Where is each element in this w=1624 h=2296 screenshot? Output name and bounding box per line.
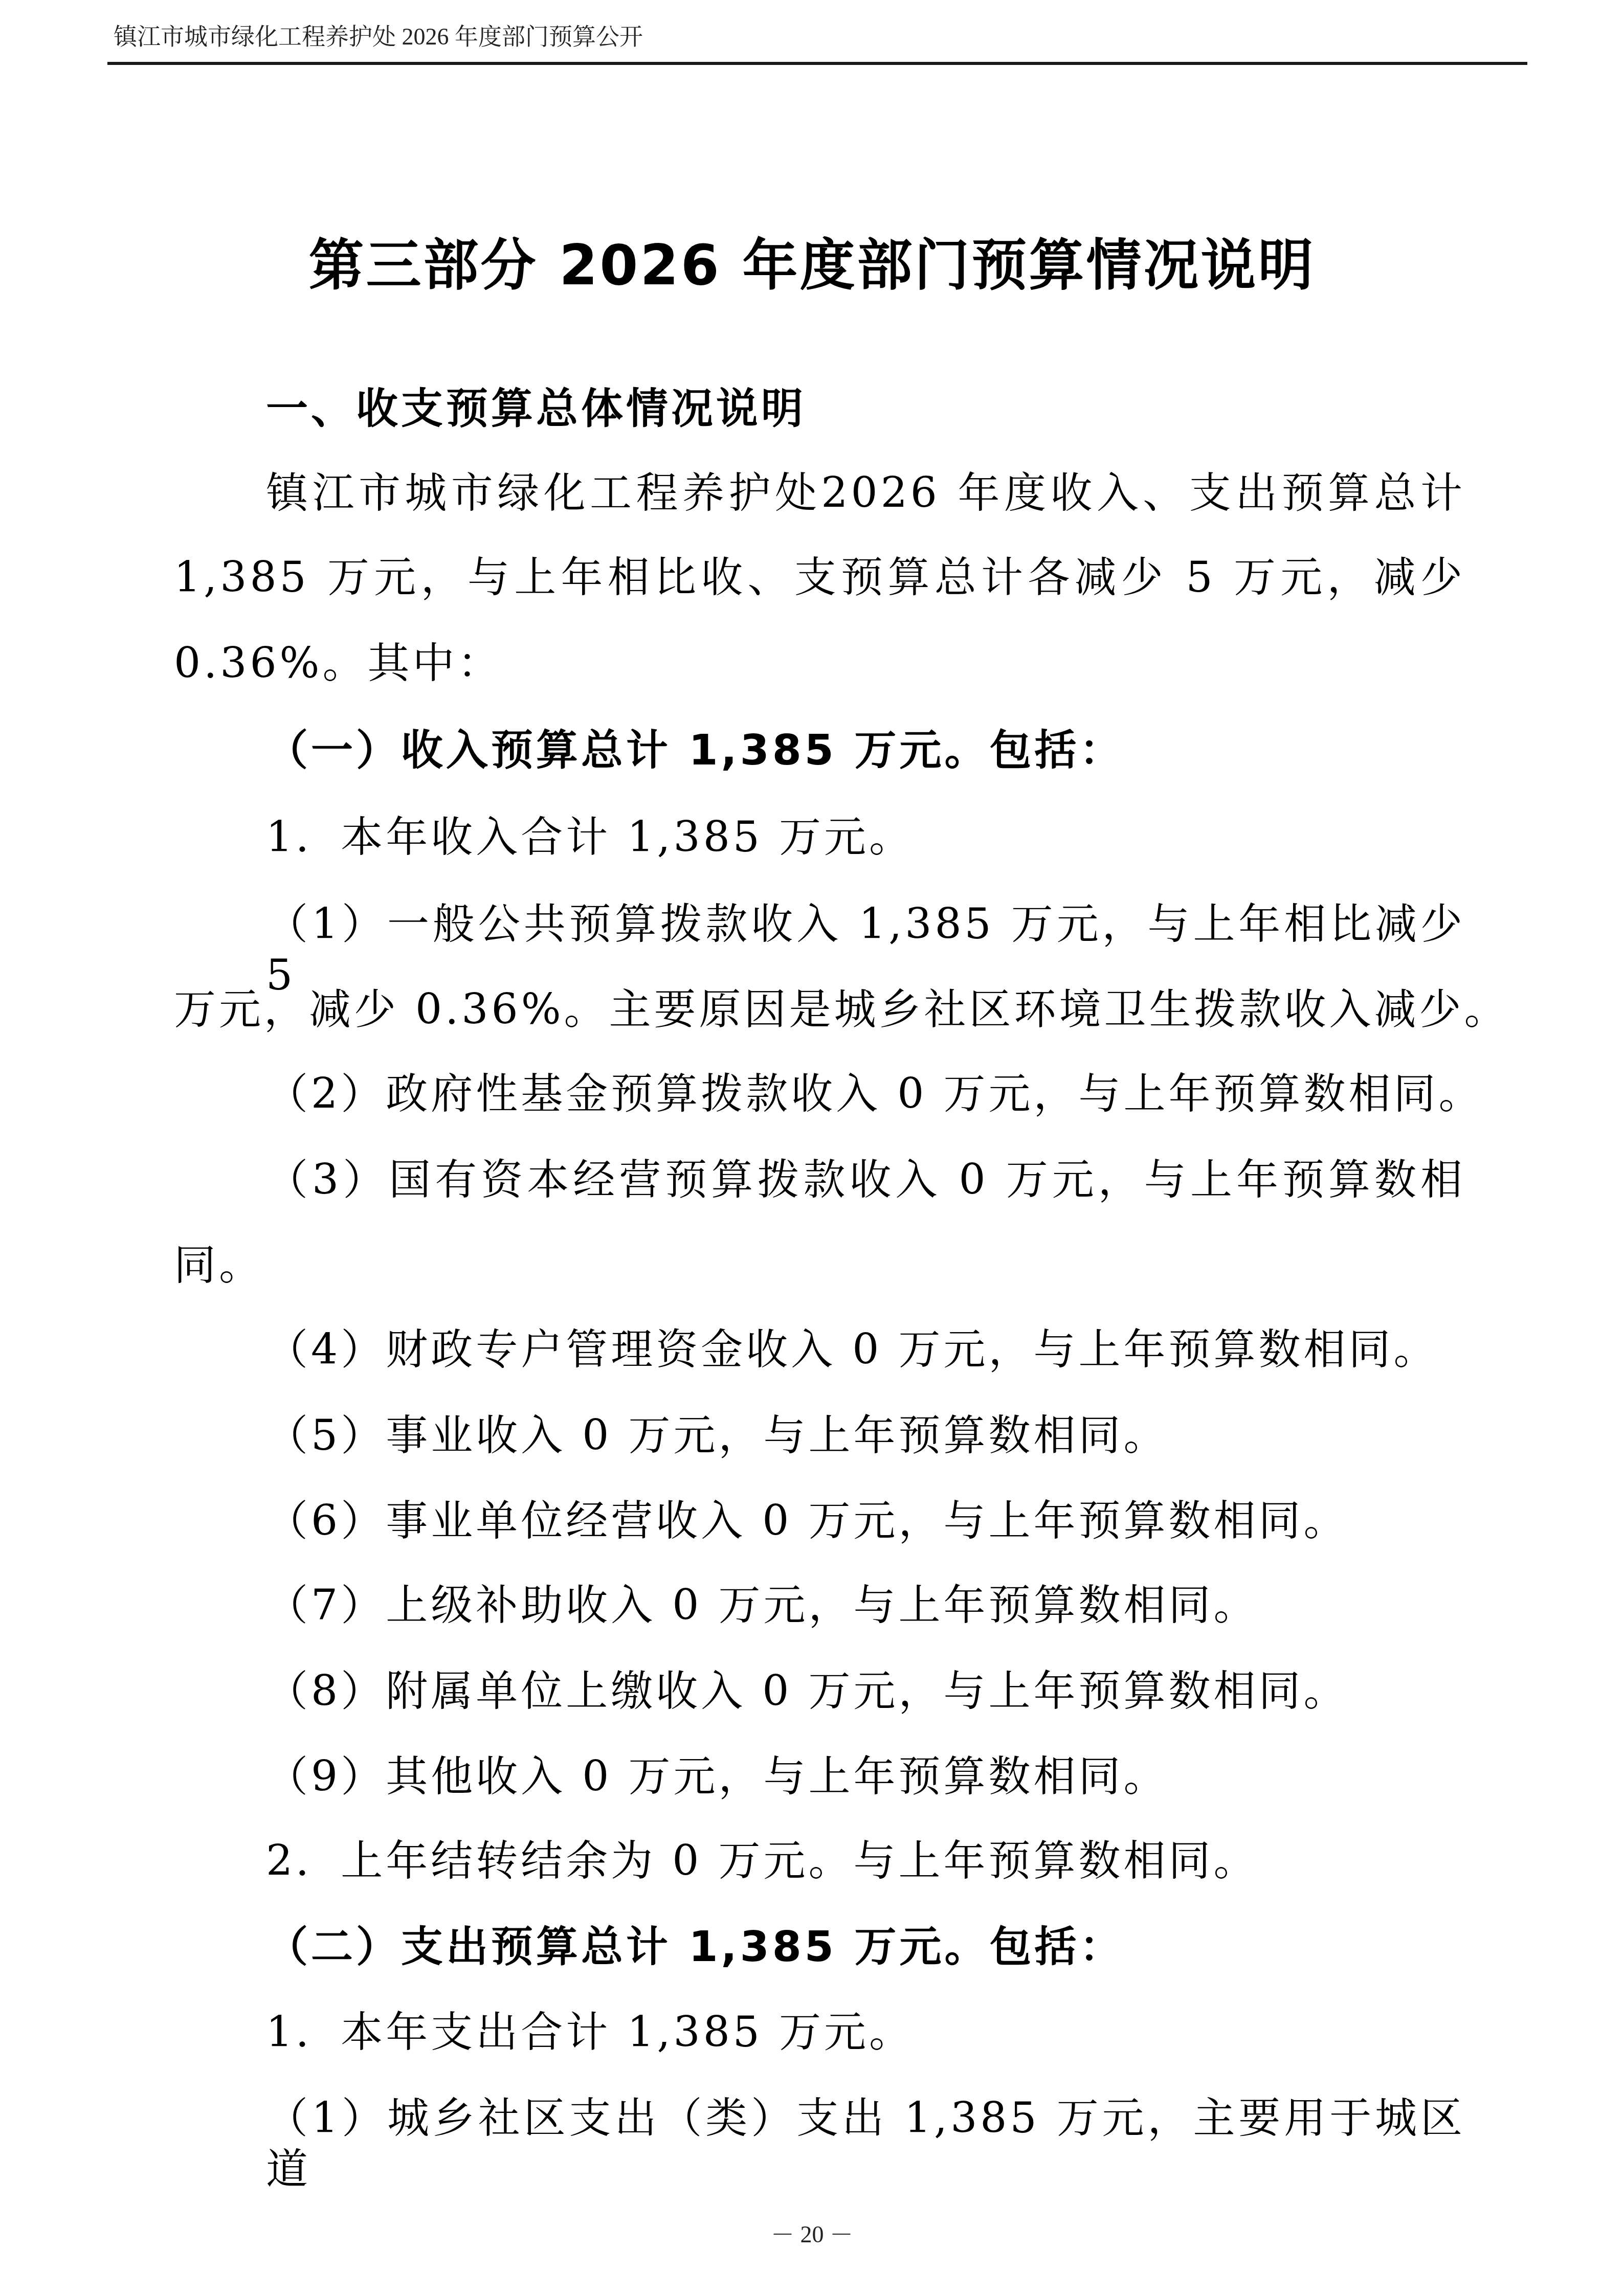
paragraph-line: 0.36%。其中： xyxy=(174,638,1465,689)
paragraph-line: （3）国有资本经营预算拨款收入 0 万元，与上年预算数相 xyxy=(266,1155,1465,1206)
paragraph-line: 镇江市城市绿化工程养护处2026 年度收入、支出预算总计 xyxy=(266,468,1465,519)
paragraph-line: （5）事业收入 0 万元，与上年预算数相同。 xyxy=(266,1410,1465,1461)
subsection-heading-expenditure: （二）支出预算总计 1,385 万元。包括： xyxy=(266,1922,1465,1973)
subsection-heading-income: （一）收入预算总计 1,385 万元。包括： xyxy=(266,725,1465,776)
page-number: － 20 － xyxy=(0,2219,1624,2250)
paragraph-line: 万元，减少 0.36%。主要原因是城乡社区环境卫生拨款收入减少。 xyxy=(174,984,1465,1036)
paragraph-line: （4）财政专户管理资金收入 0 万元，与上年预算数相同。 xyxy=(266,1324,1465,1376)
paragraph-line: 1．本年收入合计 1,385 万元。 xyxy=(266,812,1465,863)
paragraph-line: （2）政府性基金预算拨款收入 0 万元，与上年预算数相同。 xyxy=(266,1069,1465,1120)
paragraph-line: （1）城乡社区支出（类）支出 1,385 万元，主要用于城区道 xyxy=(266,2093,1465,2195)
paragraph-line: （7）上级补助收入 0 万元，与上年预算数相同。 xyxy=(266,1580,1465,1631)
header-rule xyxy=(107,62,1527,65)
section-heading: 一、收支预算总体情况说明 xyxy=(266,384,1465,435)
page-title: 第三部分 2026 年度部门预算情况说明 xyxy=(0,233,1624,299)
paragraph-line: （9）其他收入 0 万元，与上年预算数相同。 xyxy=(266,1751,1465,1803)
paragraph-line: 1,385 万元，与上年相比收、支预算总计各减少 5 万元，减少 xyxy=(174,552,1465,603)
paragraph-line: 2．上年结转结余为 0 万元。与上年预算数相同。 xyxy=(266,1836,1465,1887)
running-header: 镇江市城市绿化工程养护处 2026 年度部门预算公开 xyxy=(114,21,643,52)
paragraph-line: （6）事业单位经营收入 0 万元，与上年预算数相同。 xyxy=(266,1496,1465,1547)
paragraph-line: 同。 xyxy=(174,1240,1465,1291)
paragraph-line: （8）附属单位上缴收入 0 万元，与上年预算数相同。 xyxy=(266,1666,1465,1717)
paragraph-line: 1．本年支出合计 1,385 万元。 xyxy=(266,2007,1465,2058)
